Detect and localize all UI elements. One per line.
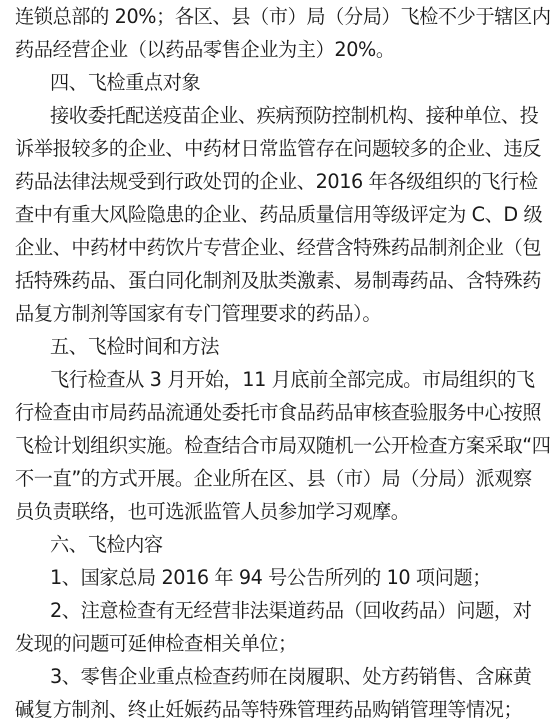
paragraph-line: 不一直”的方式开展。企业所在区、县（市）局（分局）派观察 (15, 467, 532, 491)
paragraph-line: 药品经营企业（以药品零售企业为主）20%。 (15, 38, 395, 62)
paragraph-line: 飞检计划组织实施。检查结合市局双随机一公开检查方案采取“四 (15, 434, 550, 458)
paragraph-line: 查中有重大风险隐患的企业、药品质量信用等级评定为 C、D 级 (15, 203, 542, 227)
list-item-2: 2、注意检查有无经营非法渠道药品（回收药品）问题，对 (50, 599, 532, 623)
paragraph-line: 接收委托配送疫苗企业、疾病预防控制机构、接种单位、投 (50, 104, 538, 128)
paragraph-line: 品复方制剂等国家有专门管理要求的药品）。 (15, 302, 381, 326)
paragraph-line: 员负责联络，也可选派监管人员参加学习观摩。 (15, 500, 410, 524)
paragraph-line: 括特殊药品、蛋白同化制剂及肽类激素、易制毒药品、含特殊药 (15, 269, 541, 293)
list-item-1: 1、国家总局 2016 年 94 号公告所列的 10 项问题； (50, 566, 491, 590)
paragraph-line: 行检查由市局药品流通处委托市食品药品审核查验服务中心按照 (15, 401, 541, 425)
section-heading-6: 六、飞检内容 (50, 533, 163, 557)
paragraph-line: 药品法律法规受到行政处罚的企业、2016 年各级组织的飞行检 (15, 170, 538, 194)
paragraph-line: 连锁总部的 20%；各区、县（市）局（分局）飞检不少于辖区内 (15, 5, 550, 29)
paragraph-line: 诉举报较多的企业、中药材日常监管存在问题较多的企业、违反 (15, 137, 541, 161)
document-page: 连锁总部的 20%；各区、县（市）局（分局）飞检不少于辖区内 药品经营企业（以药… (0, 0, 550, 725)
list-item-3: 3、零售企业重点检查药师在岗履职、处方药销售、含麻黄 (50, 665, 532, 689)
paragraph-line: 碱复方制剂、终止妊娠药品等特殊管理药品购销管理等情况； (15, 698, 522, 722)
section-heading-4: 四、飞检重点对象 (50, 71, 200, 95)
paragraph-line: 飞行检查从 3 月开始，11 月底前全部完成。市局组织的飞 (50, 368, 535, 392)
paragraph-line: 发现的问题可延伸检查相关单位； (15, 632, 297, 656)
paragraph-line: 企业、中药材中药饮片专营企业、经营含特殊药品制剂企业（包 (15, 236, 541, 260)
section-heading-5: 五、飞检时间和方法 (50, 335, 219, 359)
